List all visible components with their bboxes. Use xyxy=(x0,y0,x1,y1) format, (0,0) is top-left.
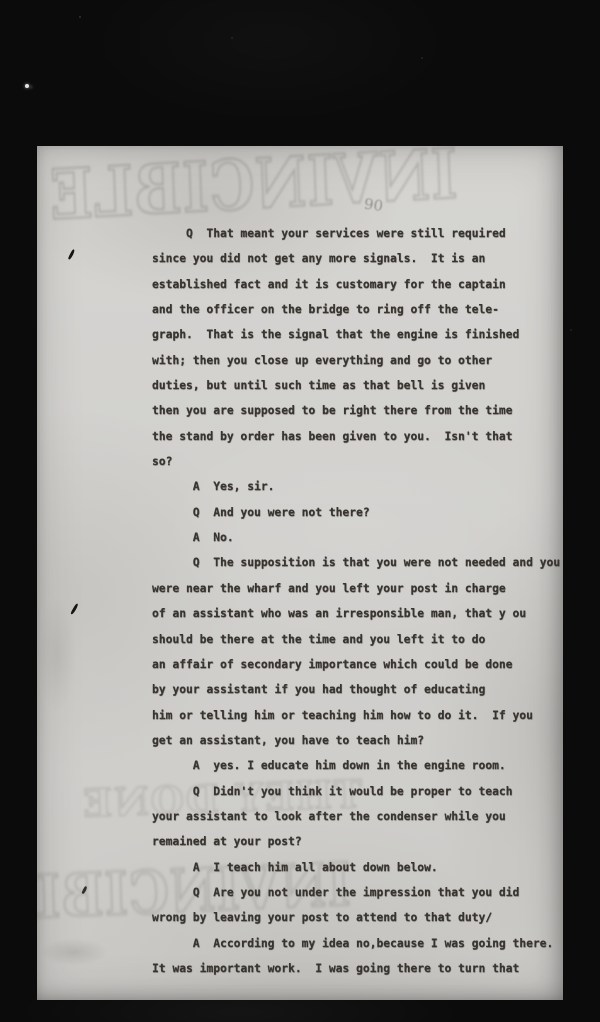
transcript-line: so? xyxy=(152,449,563,474)
transcript-line: established fact and it is customary for… xyxy=(152,272,563,297)
transcript-line: get an assistant, you have to teach him? xyxy=(152,728,563,753)
transcript-line: A Yes, sir. xyxy=(152,474,563,499)
photo-background: INVINCIBLE THEY DONE INVINCIBLE 90 Q Tha… xyxy=(0,0,600,1022)
transcript-line: Q Didn't you think it would be proper to… xyxy=(152,779,563,804)
transcript-line: the stand by order has been given to you… xyxy=(152,424,563,449)
transcript-line: him or telling him or teaching him how t… xyxy=(152,703,563,728)
transcript-line: by your assistant if you had thought of … xyxy=(152,677,563,702)
paper-smudge xyxy=(39,938,109,966)
transcript-line: were near the wharf and you left your po… xyxy=(152,576,563,601)
transcript-line: graph. That is the signal that the engin… xyxy=(152,322,563,347)
film-speck xyxy=(79,16,81,18)
transcript-line: A No. xyxy=(152,525,563,550)
transcript-line: should be there at the time and you left… xyxy=(152,627,563,652)
handwritten-mark: 90 xyxy=(363,195,384,215)
film-speck xyxy=(421,57,423,59)
transcript-line: of an assistant who was an irresponsible… xyxy=(152,601,563,626)
transcript-line: then you are supposed to be right there … xyxy=(152,398,563,423)
transcript-line: and the officer on the bridge to ring of… xyxy=(152,297,563,322)
transcript-line: A yes. I educate him down in the engine … xyxy=(152,753,563,778)
film-speck xyxy=(25,84,29,88)
transcript-line: wrong by leaving your post to attend to … xyxy=(152,905,563,930)
transcript-line: your assistant to look after the condens… xyxy=(152,804,563,829)
transcript-line: remained at your post? xyxy=(152,829,563,854)
ink-mark xyxy=(70,603,79,615)
scanned-page: INVINCIBLE THEY DONE INVINCIBLE 90 Q Tha… xyxy=(37,146,563,1000)
transcript-line: Q The supposition is that you were not n… xyxy=(152,550,563,575)
transcript-line: an affair of secondary importance which … xyxy=(152,652,563,677)
film-speck xyxy=(570,329,572,331)
transcript-text: Q That meant your services were still re… xyxy=(152,221,563,981)
transcript-line: duties, but until such time as that bell… xyxy=(152,373,563,398)
transcript-line: It was important work. I was going there… xyxy=(152,956,563,981)
transcript-line: A I teach him all about down below. xyxy=(152,855,563,880)
transcript-line: Q Are you not under the impression that … xyxy=(152,880,563,905)
ink-mark xyxy=(68,249,76,260)
transcript-line: A According to my idea no,because I was … xyxy=(152,931,563,956)
transcript-line: with; then you close up everything and g… xyxy=(152,348,563,373)
film-speck xyxy=(231,37,233,39)
transcript-line: Q And you were not there? xyxy=(152,500,563,525)
transcript-line: since you did not get any more signals. … xyxy=(152,246,563,271)
transcript-line: Q That meant your services were still re… xyxy=(152,221,563,246)
